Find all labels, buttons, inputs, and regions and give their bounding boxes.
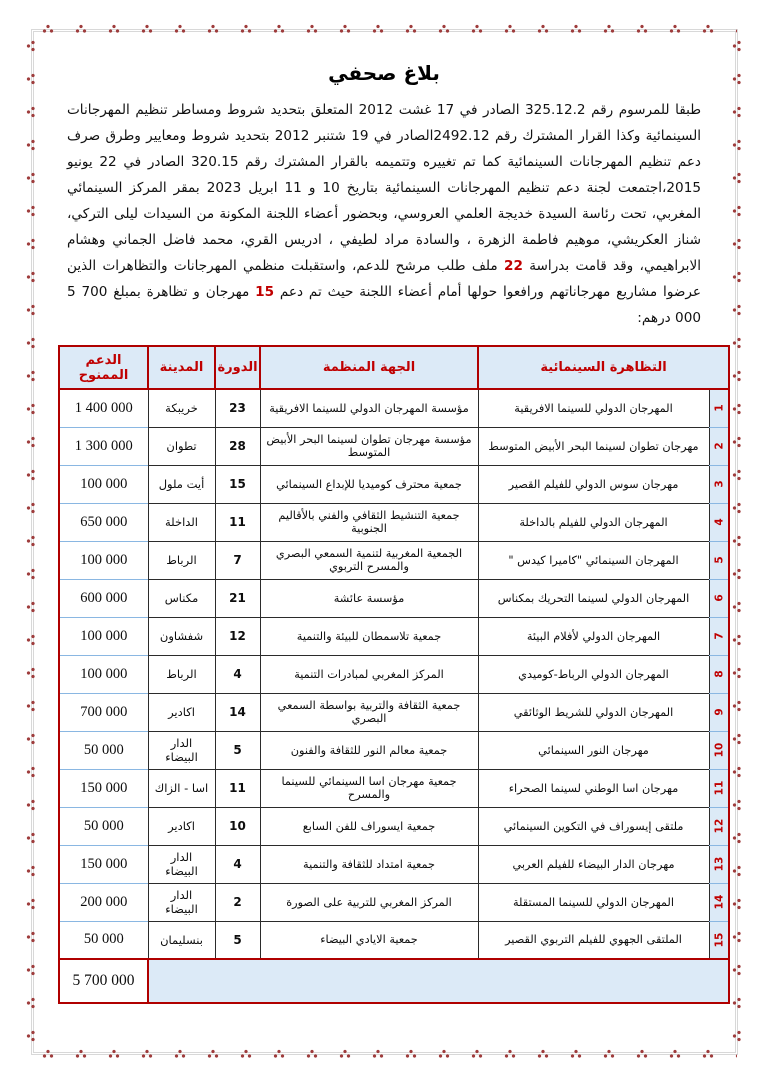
total-spacer-cell <box>148 959 729 1003</box>
press-release-title: بلاغ صحفي <box>33 61 735 85</box>
row-number-text: 8 <box>709 665 729 684</box>
event-cell: ملتقى إيسوراف في التكوين السينمائي <box>478 807 709 845</box>
table-row: 2مهرجان تطوان لسينما البحر الأبيض المتوس… <box>59 427 729 465</box>
edition-cell: 7 <box>215 541 260 579</box>
city-cell: مكناس <box>148 579 215 617</box>
row-number-text: 11 <box>709 779 729 798</box>
row-number-cell: 2 <box>709 427 729 465</box>
event-cell: مهرجان سوس الدولي للفيلم القصير <box>478 465 709 503</box>
event-cell: الملتقى الجهوي للفيلم التربوي القصير <box>478 921 709 959</box>
edition-cell: 21 <box>215 579 260 617</box>
amount-cell: 100 000 <box>59 465 148 503</box>
amount-cell: 150 000 <box>59 769 148 807</box>
amount-cell: 1 300 000 <box>59 427 148 465</box>
city-cell: تطوان <box>148 427 215 465</box>
table-row: 3مهرجان سوس الدولي للفيلم القصيرجمعية مح… <box>59 465 729 503</box>
organizer-cell: الجمعية المغربية لتنمية السمعي البصري وا… <box>260 541 478 579</box>
event-cell: مهرجان الدار البيضاء للفيلم العربي <box>478 845 709 883</box>
header-city: المدينة <box>148 346 215 389</box>
header-event: التظاهرة السينمائية <box>478 346 729 389</box>
edition-cell: 12 <box>215 617 260 655</box>
city-cell: بنسليمان <box>148 921 215 959</box>
city-cell: الرباط <box>148 655 215 693</box>
organizer-cell: المركز المغربي للتربية على الصورة <box>260 883 478 921</box>
event-cell: المهرجان الدولي للشريط الوثائقي <box>478 693 709 731</box>
event-cell: المهرجان الدولي الرباط-كوميدي <box>478 655 709 693</box>
table-row: 10مهرجان النور السينمائيجمعية معالم النو… <box>59 731 729 769</box>
row-number-cell: 6 <box>709 579 729 617</box>
organizer-cell: جمعية التنشيط الثقافي والفني بالأقاليم ا… <box>260 503 478 541</box>
total-row: 5 700 000 <box>59 959 729 1003</box>
amount-cell: 100 000 <box>59 541 148 579</box>
row-number-text: 15 <box>709 931 729 950</box>
edition-cell: 14 <box>215 693 260 731</box>
document-content: بلاغ صحفي طبقا للمرسوم رقم 325.12.2 الصا… <box>33 33 735 1053</box>
header-edition: الدورة <box>215 346 260 389</box>
row-number-cell: 10 <box>709 731 729 769</box>
table-row: 1المهرجان الدولي للسينما الافريقيةمؤسسة … <box>59 389 729 427</box>
city-cell: اسا - الزاك <box>148 769 215 807</box>
amount-cell: 100 000 <box>59 617 148 655</box>
intro-paragraph: طبقا للمرسوم رقم 325.12.2 الصادر في 17 غ… <box>67 97 701 331</box>
paragraph-text: درهم: <box>637 310 675 326</box>
city-cell: خريبكة <box>148 389 215 427</box>
paragraph-text: مهرجان و تظاهرة بمبلغ <box>107 284 255 300</box>
organizer-cell: مؤسسة المهرجان الدولي للسينما الافريقية <box>260 389 478 427</box>
row-number-cell: 4 <box>709 503 729 541</box>
edition-cell: 5 <box>215 731 260 769</box>
event-cell: المهرجان الدولي للسينما الافريقية <box>478 389 709 427</box>
amount-cell: 600 000 <box>59 579 148 617</box>
event-cell: مهرجان اسا الوطني لسينما الصحراء <box>478 769 709 807</box>
edition-cell: 15 <box>215 465 260 503</box>
table-row: 6المهرجان الدولي لسينما التحريك بمكناسمؤ… <box>59 579 729 617</box>
amount-cell: 50 000 <box>59 807 148 845</box>
highlighted-count: 15 <box>255 284 274 300</box>
organizer-cell: جمعية الثقافة والتربية بواسطة السمعي الب… <box>260 693 478 731</box>
document-page: بلاغ صحفي طبقا للمرسوم رقم 325.12.2 الصا… <box>0 0 768 1086</box>
event-cell: مهرجان النور السينمائي <box>478 731 709 769</box>
organizer-cell: مؤسسة عائشة <box>260 579 478 617</box>
event-cell: المهرجان السينمائي "كاميرا كيدس " <box>478 541 709 579</box>
row-number-cell: 3 <box>709 465 729 503</box>
event-cell: المهرجان الدولي لسينما التحريك بمكناس <box>478 579 709 617</box>
table-footer: 5 700 000 <box>59 959 729 1003</box>
amount-cell: 1 400 000 <box>59 389 148 427</box>
organizer-cell: جمعية الايادي البيضاء <box>260 921 478 959</box>
edition-cell: 10 <box>215 807 260 845</box>
row-number-cell: 5 <box>709 541 729 579</box>
festival-support-table: التظاهرة السينمائية الجهة المنظمة الدورة… <box>58 345 730 1004</box>
table-row: 12ملتقى إيسوراف في التكوين السينمائيجمعي… <box>59 807 729 845</box>
table-header: التظاهرة السينمائية الجهة المنظمة الدورة… <box>59 346 729 389</box>
table-row: 13مهرجان الدار البيضاء للفيلم العربيجمعي… <box>59 845 729 883</box>
table-row: 9المهرجان الدولي للشريط الوثائقيجمعية ال… <box>59 693 729 731</box>
edition-cell: 23 <box>215 389 260 427</box>
header-amount: الدعم الممنوح <box>59 346 148 389</box>
edition-cell: 11 <box>215 503 260 541</box>
row-number-cell: 9 <box>709 693 729 731</box>
total-amount-cell: 5 700 000 <box>59 959 148 1003</box>
row-number-text: 5 <box>709 551 729 570</box>
amount-cell: 150 000 <box>59 845 148 883</box>
table-body: 1المهرجان الدولي للسينما الافريقيةمؤسسة … <box>59 389 729 959</box>
organizer-cell: جمعية مهرجان اسا السينمائي للسينما والمس… <box>260 769 478 807</box>
row-number-text: 2 <box>709 437 729 456</box>
city-cell: الدار البيضاء <box>148 883 215 921</box>
row-number-cell: 11 <box>709 769 729 807</box>
edition-cell: 4 <box>215 845 260 883</box>
amount-cell: 50 000 <box>59 921 148 959</box>
organizer-cell: جمعية امتداد للثقافة والتنمية <box>260 845 478 883</box>
edition-cell: 2 <box>215 883 260 921</box>
organizer-cell: المركز المغربي لمبادرات التنمية <box>260 655 478 693</box>
event-cell: المهرجان الدولي للفيلم بالداخلة <box>478 503 709 541</box>
amount-cell: 700 000 <box>59 693 148 731</box>
edition-cell: 5 <box>215 921 260 959</box>
edition-cell: 28 <box>215 427 260 465</box>
header-row: التظاهرة السينمائية الجهة المنظمة الدورة… <box>59 346 729 389</box>
table-row: 11مهرجان اسا الوطني لسينما الصحراءجمعية … <box>59 769 729 807</box>
row-number-text: 9 <box>709 703 729 722</box>
row-number-text: 1 <box>709 399 729 418</box>
table-row: 7المهرجان الدولي لأفلام البيئةجمعية تلاس… <box>59 617 729 655</box>
event-cell: المهرجان الدولي لأفلام البيئة <box>478 617 709 655</box>
city-cell: الدار البيضاء <box>148 731 215 769</box>
highlighted-count: 22 <box>504 258 523 274</box>
city-cell: الدار البيضاء <box>148 845 215 883</box>
event-cell: المهرجان الدولي للسينما المستقلة <box>478 883 709 921</box>
row-number-cell: 8 <box>709 655 729 693</box>
table-row: 8المهرجان الدولي الرباط-كوميديالمركز الم… <box>59 655 729 693</box>
row-number-text: 14 <box>709 893 729 912</box>
table-row: 4المهرجان الدولي للفيلم بالداخلةجمعية ال… <box>59 503 729 541</box>
row-number-cell: 7 <box>709 617 729 655</box>
paragraph-text: طبقا للمرسوم رقم 325.12.2 الصادر في 17 غ… <box>67 102 701 274</box>
edition-cell: 11 <box>215 769 260 807</box>
row-number-text: 3 <box>709 475 729 494</box>
header-organizer: الجهة المنظمة <box>260 346 478 389</box>
amount-cell: 100 000 <box>59 655 148 693</box>
row-number-cell: 15 <box>709 921 729 959</box>
city-cell: شفشاون <box>148 617 215 655</box>
organizer-cell: جمعية تلاسمطان للبيئة والتنمية <box>260 617 478 655</box>
row-number-text: 13 <box>709 855 729 874</box>
row-number-cell: 1 <box>709 389 729 427</box>
row-number-cell: 13 <box>709 845 729 883</box>
organizer-cell: جمعية محترف كوميديا للإبداع السينمائي <box>260 465 478 503</box>
table-row: 5المهرجان السينمائي "كاميرا كيدس "الجمعي… <box>59 541 729 579</box>
edition-cell: 4 <box>215 655 260 693</box>
table-row: 14المهرجان الدولي للسينما المستقلةالمركز… <box>59 883 729 921</box>
row-number-text: 4 <box>709 513 729 532</box>
row-number-cell: 14 <box>709 883 729 921</box>
amount-cell: 650 000 <box>59 503 148 541</box>
row-number-text: 7 <box>709 627 729 646</box>
organizer-cell: مؤسسة مهرجان تطوان لسينما البحر الأبيض ا… <box>260 427 478 465</box>
event-cell: مهرجان تطوان لسينما البحر الأبيض المتوسط <box>478 427 709 465</box>
city-cell: الداخلة <box>148 503 215 541</box>
amount-cell: 200 000 <box>59 883 148 921</box>
row-number-text: 6 <box>709 589 729 608</box>
city-cell: الرباط <box>148 541 215 579</box>
row-number-text: 10 <box>709 741 729 760</box>
table-row: 15الملتقى الجهوي للفيلم التربوي القصيرجم… <box>59 921 729 959</box>
city-cell: أيت ملول <box>148 465 215 503</box>
organizer-cell: جمعية ايسوراف للفن السابع <box>260 807 478 845</box>
city-cell: اكادير <box>148 807 215 845</box>
row-number-cell: 12 <box>709 807 729 845</box>
organizer-cell: جمعية معالم النور للثقافة والفنون <box>260 731 478 769</box>
row-number-text: 12 <box>709 817 729 836</box>
city-cell: اكادير <box>148 693 215 731</box>
amount-cell: 50 000 <box>59 731 148 769</box>
